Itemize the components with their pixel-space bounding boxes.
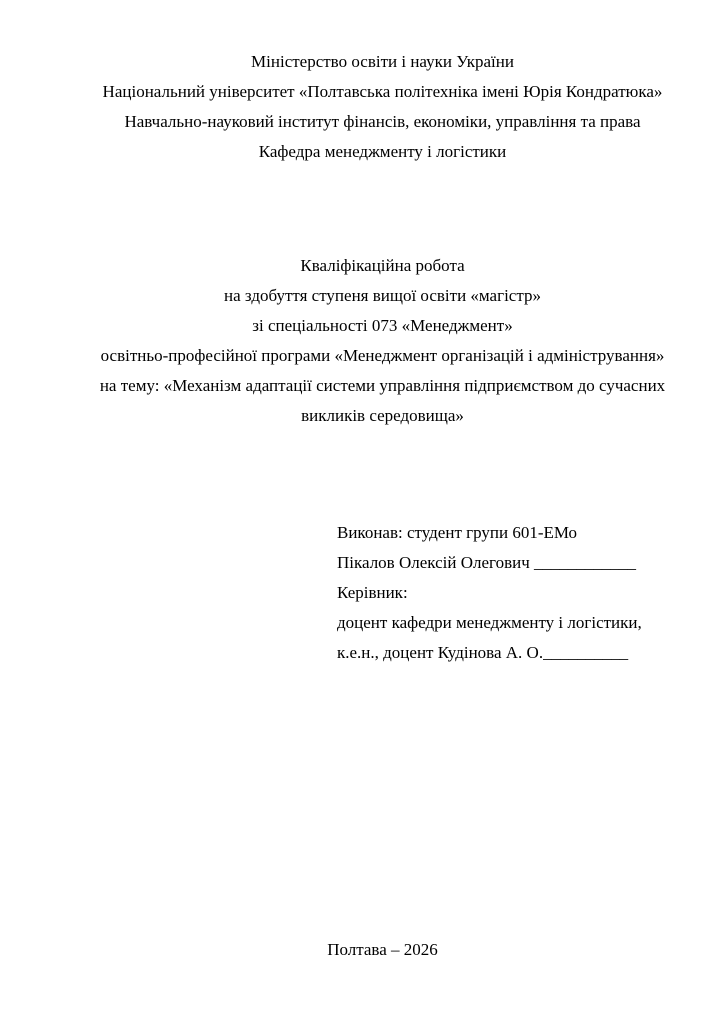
institute-line: Навчально-науковий інститут фінансів, ек… [95, 107, 670, 137]
department-line: Кафедра менеджменту і логістики [95, 137, 670, 167]
work-title-block: Кваліфікаційна робота на здобуття ступен… [95, 251, 670, 431]
supervisor-name-line: к.е.н., доцент Кудінова А. О.__________ [337, 638, 642, 668]
thesis-title-page: Міністерство освіти і науки України Наці… [0, 0, 724, 1024]
specialty-line: зі спеціальності 073 «Менеджмент» [95, 311, 670, 341]
footer-block: Полтава – 2026 [95, 935, 670, 965]
degree-line: на здобуття ступеня вищої освіти «магіст… [95, 281, 670, 311]
program-line: освітньо-професійної програми «Менеджмен… [95, 341, 670, 371]
signature-block: Виконав: студент групи 601-ЕМо Пікалов О… [337, 518, 642, 668]
header-block: Міністерство освіти і науки України Наці… [95, 47, 670, 167]
ministry-line: Міністерство освіти і науки України [95, 47, 670, 77]
executor-line: Виконав: студент групи 601-ЕМо [337, 518, 642, 548]
work-type-line: Кваліфікаційна робота [95, 251, 670, 281]
student-name-line: Пікалов Олексій Олегович ____________ [337, 548, 642, 578]
supervisor-label-line: Керівник: [337, 578, 642, 608]
university-line: Національний університет «Полтавська пол… [95, 77, 670, 107]
supervisor-position-line: доцент кафедри менеджменту і логістики, [337, 608, 642, 638]
topic-line-1: на тему: «Механізм адаптації системи упр… [95, 371, 670, 401]
topic-line-2: викликів середовища» [95, 401, 670, 431]
city-year-line: Полтава – 2026 [95, 935, 670, 965]
